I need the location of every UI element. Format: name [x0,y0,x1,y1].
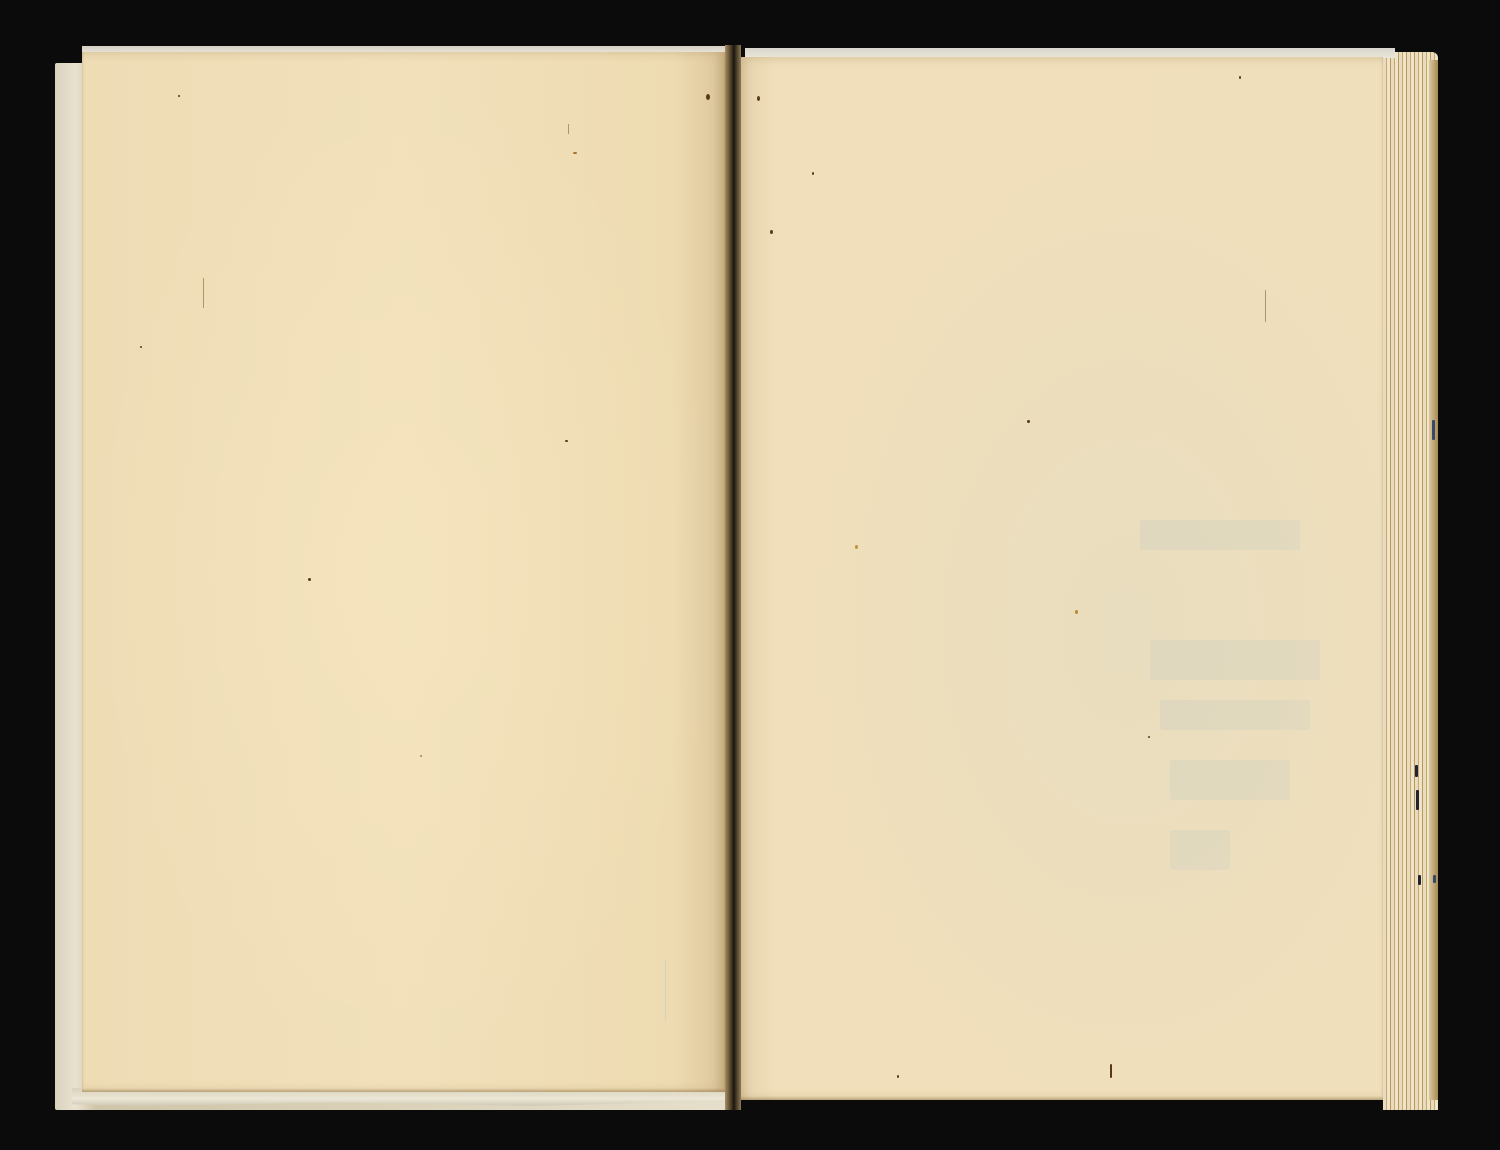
bleed-through-mark [1170,830,1230,870]
book-gutter [725,45,741,1110]
paper-speck [1027,420,1030,423]
paper-speck [770,230,773,234]
fore-edge-mark [1418,875,1421,885]
paper-fiber [568,124,569,134]
bleed-through-mark [1150,640,1320,680]
paper-speck [706,94,710,100]
paper-speck [855,545,858,549]
bleed-through-mark [1160,700,1310,730]
fore-edge-mark [1433,875,1436,883]
bleed-through-mark [1170,760,1290,800]
right-fore-edge-shadow [1429,60,1438,1100]
paper-speck [178,95,180,97]
paper-speck [757,96,760,101]
paper-speck [573,152,577,154]
paper-speck [1110,1064,1112,1078]
paper-speck [1239,76,1241,79]
paper-speck [1148,736,1150,738]
paper-speck [308,578,311,581]
fore-edge-mark [1416,790,1419,810]
paper-speck [812,172,814,175]
left-page [82,52,725,1092]
paper-speck [1075,610,1078,614]
paper-speck [565,440,568,442]
paper-fiber [203,278,204,308]
photo-background [0,0,1500,1150]
right-page [738,57,1383,1100]
paper-fiber [1265,290,1266,322]
fore-edge-mark [1415,765,1418,777]
paper-speck [897,1075,899,1078]
paper-fiber [665,960,666,1020]
fore-edge-mark [1432,420,1435,440]
paper-speck [140,346,142,348]
paper-speck [420,755,422,757]
bleed-through-mark [1140,520,1300,550]
